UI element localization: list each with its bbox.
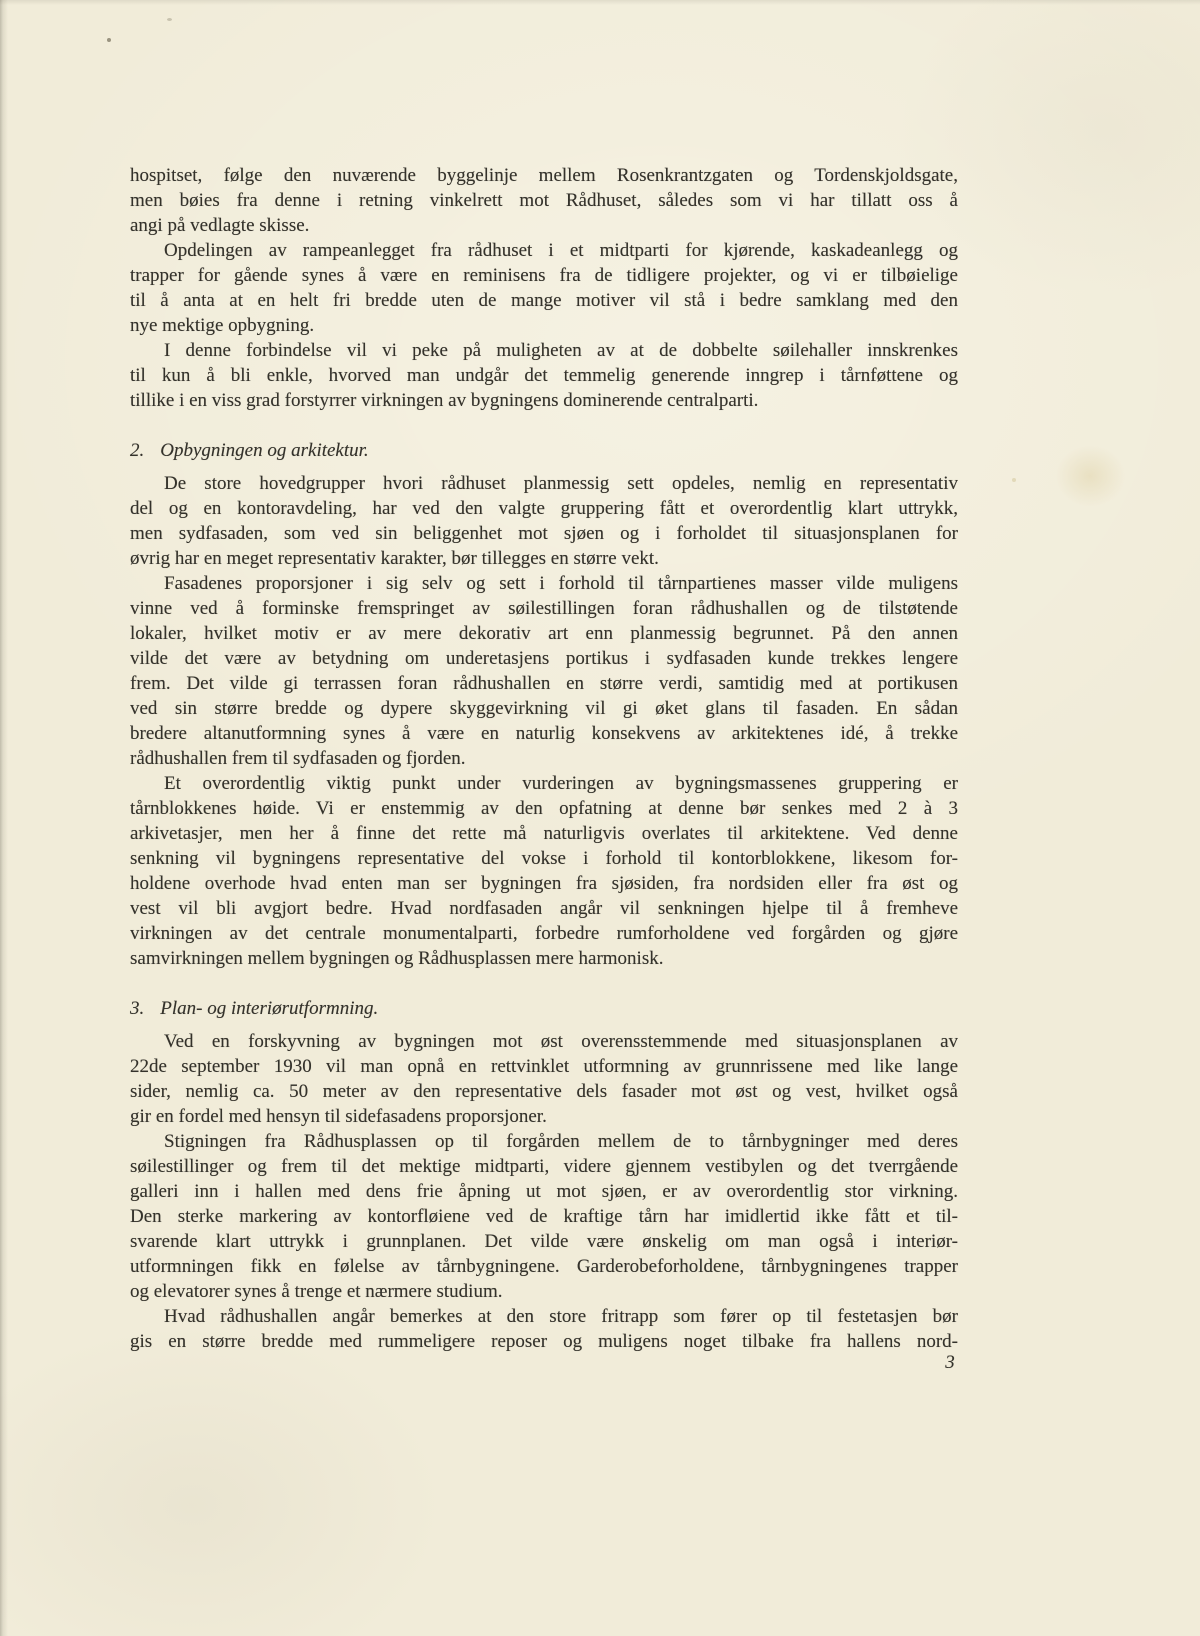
text-line: sider, nemlig ca. 50 meter av den repres… (130, 1079, 958, 1104)
text-line: vest vil bli avgjort bedre. Hvad nordfas… (130, 896, 958, 921)
text-line: men bøies fra denne i retning vinkelrett… (130, 188, 958, 213)
scan-speck (1012, 478, 1016, 482)
text-line: vinne ved å forminske fremspringet av sø… (130, 596, 958, 621)
text-line: galleri inn i hallen med dens frie åpnin… (130, 1179, 958, 1204)
section-number: 3. (130, 998, 144, 1019)
scan-speck (167, 18, 172, 21)
text-line: tillike i en viss grad forstyrrer virkni… (130, 388, 958, 413)
text-line: og elevatorer synes å trenge et nærmere … (130, 1279, 958, 1304)
text-line: lokaler, hvilket motiv er av mere dekora… (130, 621, 958, 646)
text-column: hospitset, følge den nuværende byggelinj… (130, 163, 958, 1354)
text-line: vilde det være av betydning om underetas… (130, 646, 958, 671)
text-line: til å anta at en helt fri bredde uten de… (130, 288, 958, 313)
paragraph: Opdelingen av rampeanlegget fra rådhuset… (130, 238, 958, 338)
scan-edge-shadow-top (0, 0, 1200, 5)
text-line: rådhushallen frem til sydfasaden og fjor… (130, 746, 958, 771)
text-line: til kun å bli enkle, hvorved man undgår … (130, 363, 958, 388)
text-line: søilestillinger og frem til det mektige … (130, 1154, 958, 1179)
text-line: trapper for gående synes å være en remin… (130, 263, 958, 288)
text-line: holdene overhode hvad enten man ser bygn… (130, 871, 958, 896)
section-title: Opbygningen og arkitektur. (160, 440, 368, 461)
paragraph: hospitset, følge den nuværende byggelinj… (130, 163, 958, 238)
section-heading: 3.Plan- og interiørutformning. (130, 996, 958, 1021)
paragraph: Hvad rådhushallen angår bemerkes at den … (130, 1304, 958, 1354)
section-heading: 2.Opbygningen og arkitektur. (130, 438, 958, 463)
paragraph: Et overordentlig viktig punkt under vurd… (130, 771, 958, 971)
text-line: gir en fordel med hensyn til sidefasaden… (130, 1104, 958, 1129)
text-line: Et overordentlig viktig punkt under vurd… (130, 771, 958, 796)
text-line: nye mektige opbygning. (130, 313, 958, 338)
text-line: del og en kontoravdeling, har ved den va… (130, 496, 958, 521)
scan-edge-shadow (0, 0, 8, 1636)
paragraph: Stigningen fra Rådhusplassen op til forg… (130, 1129, 958, 1304)
section-number: 2. (130, 440, 144, 461)
text-line: virkningen av det centrale monumentalpar… (130, 921, 958, 946)
text-line: Opdelingen av rampeanlegget fra rådhuset… (130, 238, 958, 263)
text-line: Hvad rådhushallen angår bemerkes at den … (130, 1304, 958, 1329)
paragraph: Ved en forskyvning av bygningen mot øst … (130, 1029, 958, 1129)
section-title: Plan- og interiørutformning. (160, 998, 378, 1019)
paragraph: I denne forbindelse vil vi peke på mulig… (130, 338, 958, 413)
text-line: hospitset, følge den nuværende byggelinj… (130, 163, 958, 188)
text-line: ved sin større bredde og dypere skyggevi… (130, 696, 958, 721)
text-line: svarende klart uttrykk i grunnplanen. De… (130, 1229, 958, 1254)
paragraph: Fasadenes proporsjoner i sig selv og set… (130, 571, 958, 771)
text-line: Den sterke markering av kontorfløiene ve… (130, 1204, 958, 1229)
text-line: men sydfasaden, som ved sin beliggenhet … (130, 521, 958, 546)
text-line: Fasadenes proporsjoner i sig selv og set… (130, 571, 958, 596)
text-line: gis en større bredde med rummeligere rep… (130, 1329, 958, 1354)
text-line: tårnblokkenes høide. Vi er enstemmig av … (130, 796, 958, 821)
paragraph: De store hovedgrupper hvori rådhuset pla… (130, 471, 958, 571)
text-line: bredere altanutformning synes å være en … (130, 721, 958, 746)
text-line: 22de september 1930 vil man opnå en rett… (130, 1054, 958, 1079)
text-line: senkning vil bygningens representative d… (130, 846, 958, 871)
text-line: Ved en forskyvning av bygningen mot øst … (130, 1029, 958, 1054)
paper-stain (1055, 445, 1125, 507)
text-line: Stigningen fra Rådhusplassen op til forg… (130, 1129, 958, 1154)
text-line: samvirkningen mellem bygningen og Rådhus… (130, 946, 958, 971)
text-line: frem. Det vilde gi terrassen foran rådhu… (130, 671, 958, 696)
text-line: De store hovedgrupper hvori rådhuset pla… (130, 471, 958, 496)
text-line: I denne forbindelse vil vi peke på mulig… (130, 338, 958, 363)
scan-speck (107, 38, 111, 42)
text-line: angi på vedlagte skisse. (130, 213, 958, 238)
text-line: øvrig har en meget representativ karakte… (130, 546, 958, 571)
page-number: 3 (938, 1352, 962, 1374)
text-line: arkivetasjer, men her å finne det rette … (130, 821, 958, 846)
text-line: utformningen fikk en følelse av tårnbygn… (130, 1254, 958, 1279)
page: hospitset, følge den nuværende byggelinj… (0, 0, 1200, 1636)
